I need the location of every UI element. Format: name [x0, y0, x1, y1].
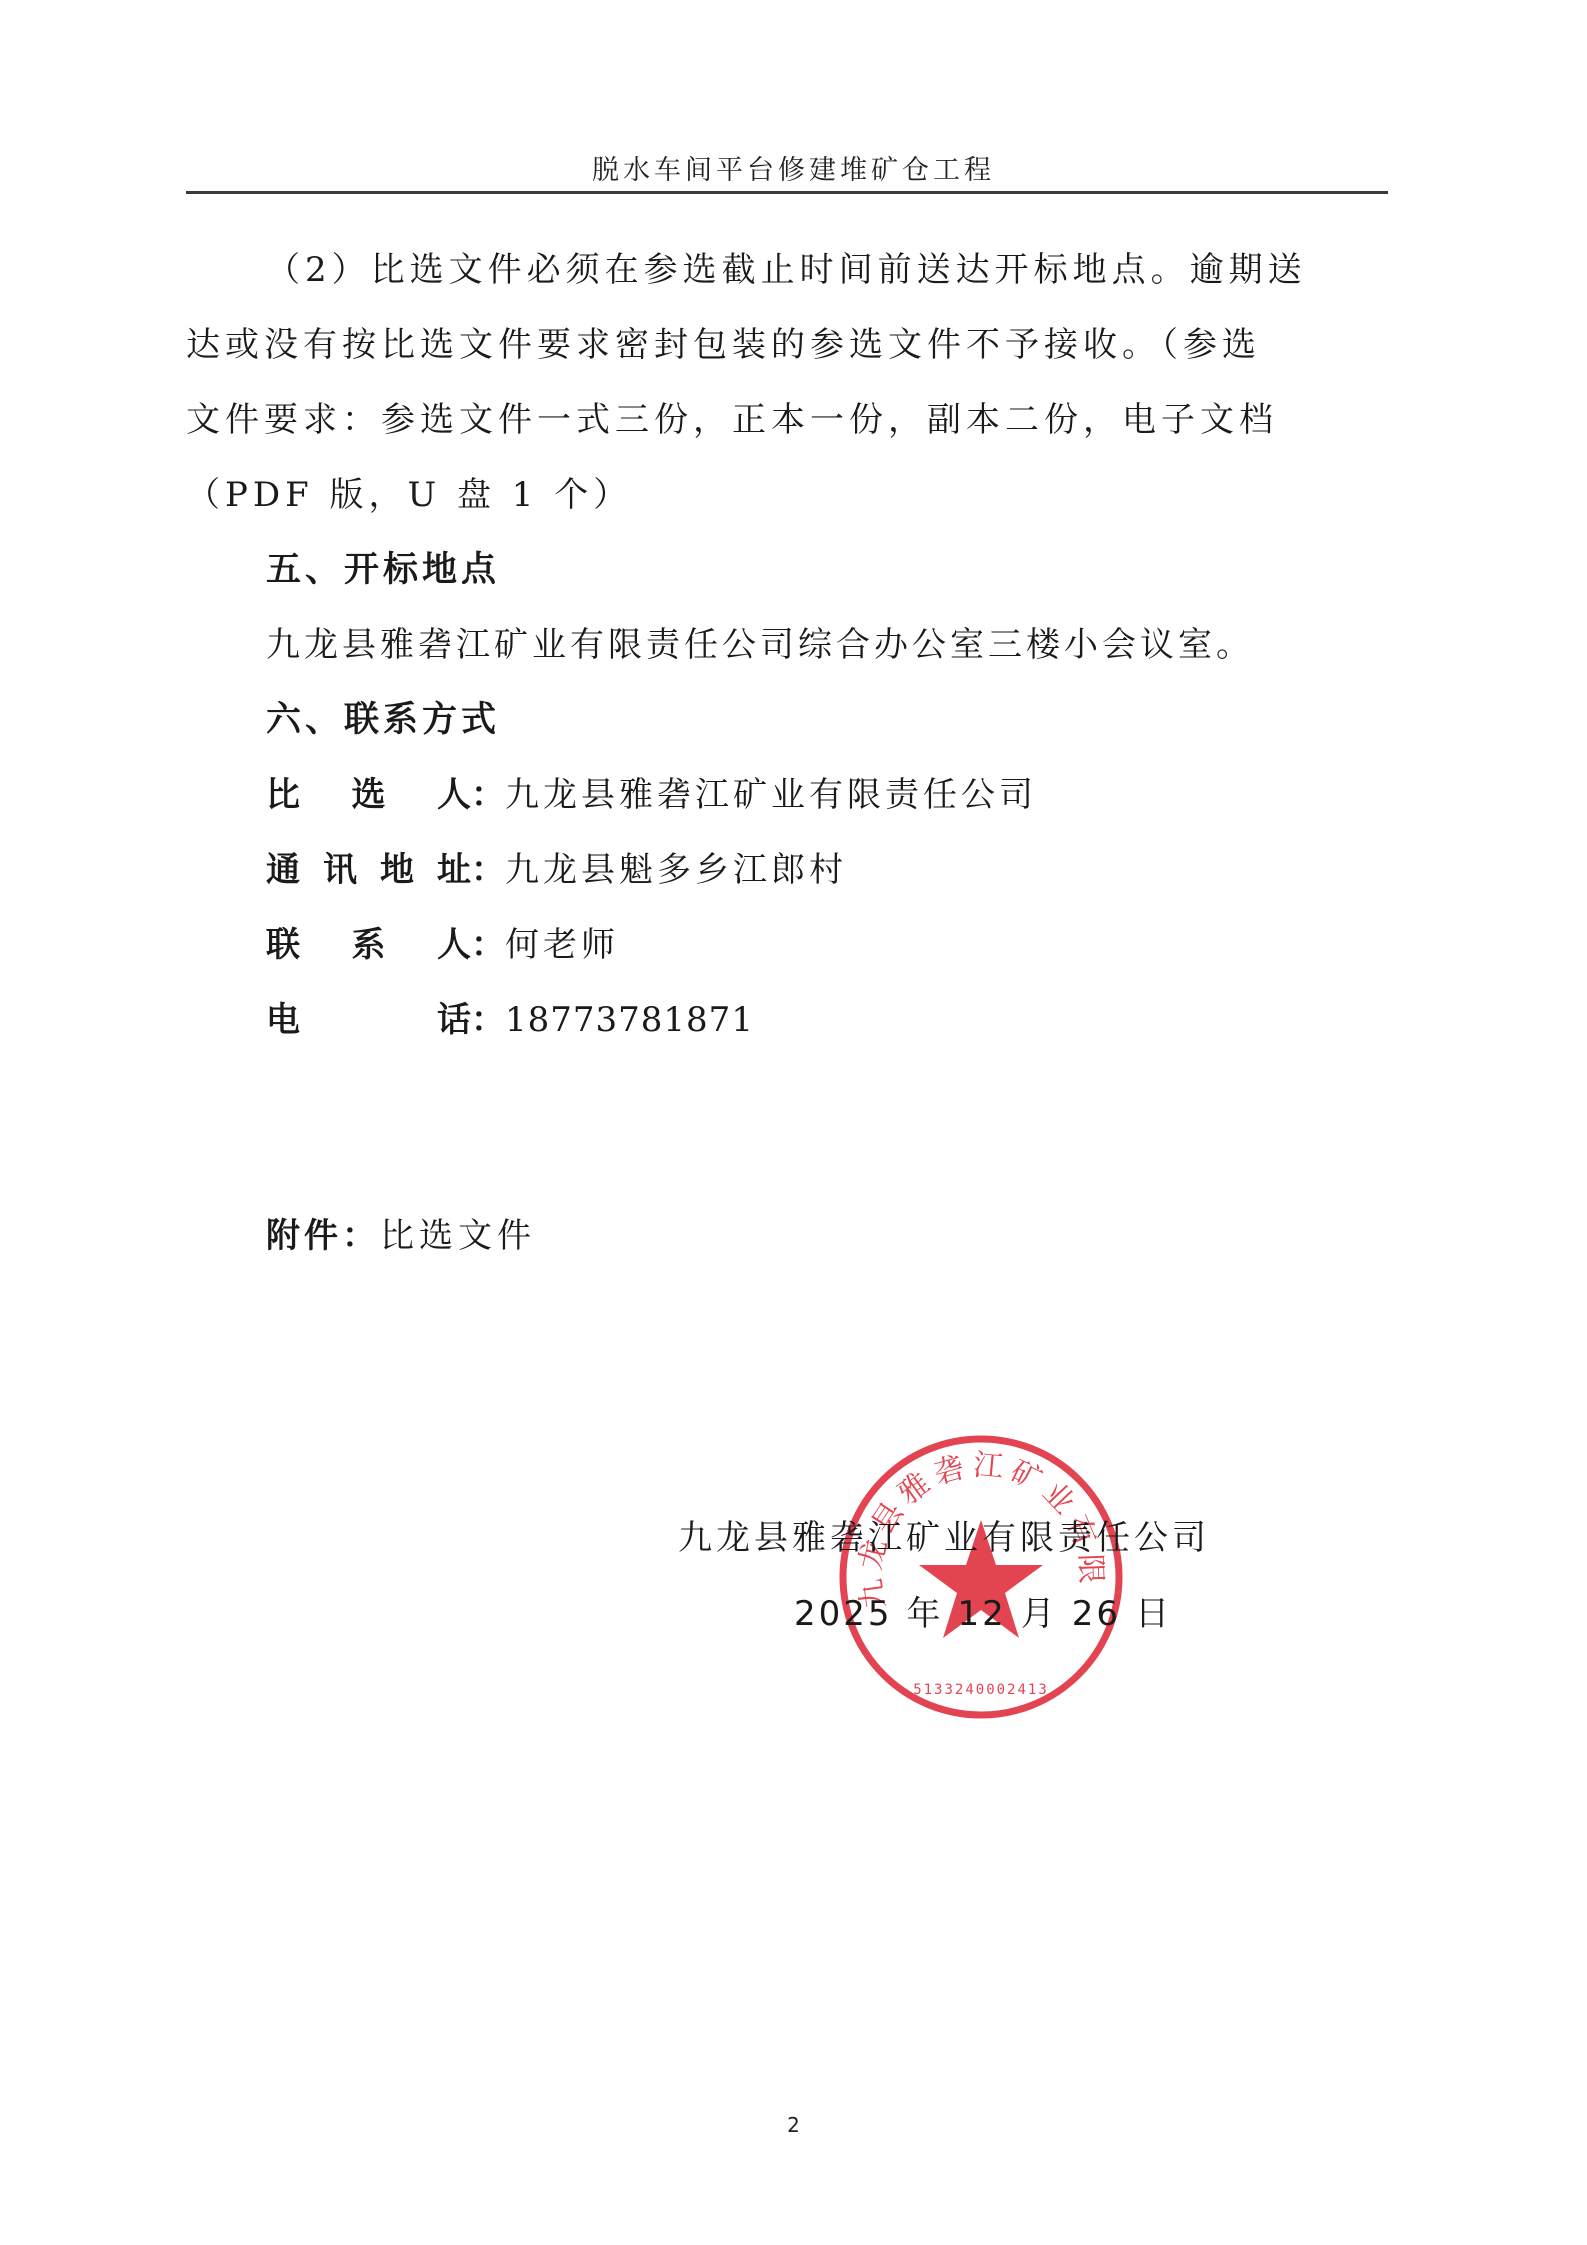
company-seal-stamp: 九龙县雅砻江矿业有限责任公司 5133240002413: [836, 1432, 1126, 1722]
seal-code: 5133240002413: [913, 1682, 1049, 1698]
section-heading-venue: 五、开标地点: [266, 550, 500, 590]
date-year-unit: 年: [907, 1594, 944, 1634]
section-heading-contact: 六、联系方式: [266, 700, 500, 740]
contact-row-phone: 电话：18773781871: [266, 1000, 754, 1040]
colon: ：: [471, 850, 505, 890]
contact-value: 何老师: [505, 925, 619, 965]
header-divider: [186, 191, 1388, 194]
contact-label: 电话: [266, 1000, 471, 1040]
colon: ：: [471, 925, 505, 965]
attachment-label: 附件：: [266, 1216, 380, 1256]
colon: ：: [471, 1000, 505, 1040]
paragraph-line-2: 达或没有按比选文件要求密封包装的参选文件不予接收。（参选: [186, 325, 1261, 365]
contact-label: 联系人: [266, 925, 471, 965]
date-month-unit: 月: [1021, 1594, 1058, 1634]
paragraph-line-1: （2）比选文件必须在参选截止时间前送达开标地点。逾期送: [266, 250, 1307, 290]
signature-company: 九龙县雅砻江矿业有限责任公司: [678, 1510, 1210, 1559]
contact-label: 比选人: [266, 775, 471, 815]
page-number: 2: [0, 2113, 1587, 2137]
paragraph-line-4: （PDF 版，U 盘 1 个）: [186, 475, 632, 515]
contact-row-bidder: 比选人：九龙县雅砻江矿业有限责任公司: [266, 775, 1037, 815]
colon: ：: [471, 775, 505, 815]
attachment-line: 附件：比选文件: [266, 1208, 536, 1257]
phone-number: 18773781871: [505, 1000, 754, 1040]
contact-value: 九龙县雅砻江矿业有限责任公司: [505, 775, 1037, 815]
contact-row-person: 联系人：何老师: [266, 925, 619, 965]
venue-text: 九龙县雅砻江矿业有限责任公司综合办公室三楼小会议室。: [266, 625, 1254, 665]
date-day-unit: 日: [1135, 1594, 1172, 1634]
contact-row-address: 通讯地址：九龙县魁多乡江郎村: [266, 850, 847, 890]
attachment-value: 比选文件: [380, 1216, 536, 1256]
contact-value: 九龙县魁多乡江郎村: [505, 850, 847, 890]
signature-date: 2025年12月26日: [794, 1586, 1186, 1635]
date-month: 12: [958, 1594, 1007, 1634]
contact-label: 通讯地址: [266, 850, 471, 890]
paragraph-line-3: 文件要求：参选文件一式三份，正本一份，副本二份，电子文档: [186, 400, 1278, 440]
date-day: 26: [1072, 1594, 1121, 1634]
date-year: 2025: [794, 1594, 893, 1634]
header-title: 脱水车间平台修建堆矿仓工程: [0, 148, 1587, 187]
